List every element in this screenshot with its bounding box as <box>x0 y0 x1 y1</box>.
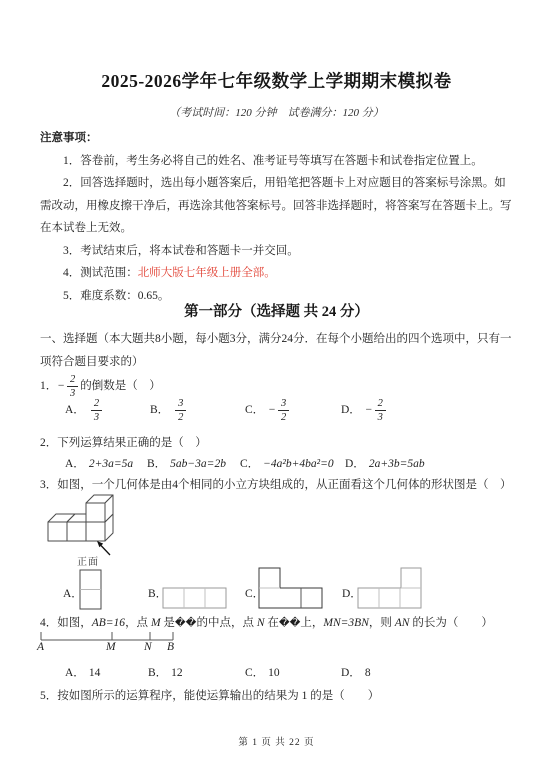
notice-item-4: 4．测试范围：北师大版七年级上册全部。 <box>40 262 516 285</box>
option-expression: 2+3a=5a <box>89 458 133 470</box>
option-a: A．14 <box>65 664 100 680</box>
option-value: 14 <box>89 667 101 679</box>
option-d: D．−23 <box>341 398 388 423</box>
option-c-shape-l-tall-left <box>258 567 324 610</box>
choice-section-intro: 一、选择题（本大题共8小题，每小题3分，满分24分．在每个小题给出的四个选项中，… <box>40 328 518 373</box>
option-b-shape-row-3x1 <box>162 587 228 610</box>
fraction-sign: − <box>57 380 65 392</box>
fraction-numerator: 2 <box>67 374 78 387</box>
option-label: A． <box>65 458 85 470</box>
option-c: C．10 <box>245 664 280 680</box>
option-c: C．−32 <box>245 398 291 423</box>
notice-item-4-prefix: 4．测试范围： <box>63 267 138 279</box>
option-label: A． <box>65 404 85 416</box>
option-label: C． <box>240 458 259 470</box>
option-label: C． <box>245 667 264 679</box>
question-2-options: A．2+3a=5a B．5ab−3a=2b C．−4a²b+4ba²=0 D．2… <box>40 455 525 473</box>
option-label: A． <box>65 667 85 679</box>
question-1-options: A．23 B．32 C．−32 D．−23 <box>40 398 525 428</box>
option-a: A．23 <box>65 398 104 423</box>
question-1-number: 1． <box>40 380 57 392</box>
footer-page-number: 第 1 页 共 22 页 <box>0 734 553 748</box>
option-d: D．8 <box>341 664 371 680</box>
option-expression: −4a²b+4ba²=0 <box>263 458 333 470</box>
option-value: 8 <box>365 667 371 679</box>
question-4-options: A．14 B．12 C．10 D．8 <box>40 664 525 682</box>
option-b: B．32 <box>150 398 188 423</box>
question-5-stem: 5．按如图所示的运算程序，能使运算输出的结果为 1 的是（ ） <box>40 687 518 703</box>
point-label-m: M <box>106 641 116 653</box>
question-2-stem: 2．下列运算结果正确的是（ ） <box>40 434 518 450</box>
option-value: 10 <box>268 667 280 679</box>
notice-section: 注意事项： 1．答卷前，考生务必将自己的姓名、准考证号等填写在答题卡和试卷指定位… <box>40 127 516 307</box>
option-a-shape-column-1x2 <box>79 569 103 611</box>
exam-info-line: （考试时间：120 分钟 试卷满分：120 分） <box>0 104 553 120</box>
cube-stack-figure: 正面 <box>40 494 136 570</box>
option-value: 12 <box>171 667 183 679</box>
option-expression: 2a+3b=5ab <box>369 458 425 470</box>
section-heading: 第一部分（选择题 共 24 分） <box>0 300 553 321</box>
page-title: 2025-2026学年七年级数学上学期期末模拟卷 <box>0 68 553 93</box>
point-label-a: A <box>37 641 44 653</box>
option-label: D． <box>341 667 361 679</box>
option-d: D．2a+3b=5ab <box>345 455 425 471</box>
exam-paper-page: 2025-2026学年七年级数学上学期期末模拟卷 （考试时间：120 分钟 试卷… <box>0 0 553 782</box>
option-label: B． <box>148 667 167 679</box>
notice-item-3: 3．考试结束后，将本试卷和答题卡一并交回。 <box>40 240 516 263</box>
missing-glyphs: �� <box>279 617 301 629</box>
question-3-stem: 3．如图，一个几何体是由4个相同的小立方块组成的，从正面看这个几何体的形状图是（… <box>40 476 518 492</box>
option-label: B． <box>147 458 166 470</box>
notice-item-4-scope: 北师大版七年级上册全部。 <box>138 267 276 279</box>
point-label-b: B <box>167 641 174 653</box>
option-label: C． <box>245 404 264 416</box>
question-1-fraction: −23 <box>57 380 80 392</box>
option-b: B．5ab−3a=2b <box>147 455 226 471</box>
option-label: D． <box>341 404 361 416</box>
option-a: A．2+3a=5a <box>65 455 133 471</box>
option-c: C．−4a²b+4ba²=0 <box>240 455 334 471</box>
question-1-stem: 1．−23的倒数是（ ） <box>40 374 518 399</box>
option-b: B．12 <box>148 664 183 680</box>
question-3-options: A． B． C． D． <box>40 565 525 615</box>
option-expression: 5ab−3a=2b <box>170 458 226 470</box>
notice-heading: 注意事项： <box>40 127 516 150</box>
option-label: D． <box>345 458 365 470</box>
question-1-text: 的倒数是（ ） <box>80 380 161 392</box>
point-label-n: N <box>144 641 152 653</box>
notice-item-2: 2．回答选择题时，选出每小题答案后，用铅笔把答题卡上对应题目的答案标号涂黑。如需… <box>40 172 516 240</box>
segment-ab-figure: A M N B <box>38 627 188 660</box>
notice-item-1: 1．答卷前，考生务必将自己的姓名、准考证号等填写在答题卡和试卷指定位置上。 <box>40 150 516 173</box>
option-label: B． <box>150 404 169 416</box>
option-d-shape-l-tall-right <box>357 567 423 610</box>
